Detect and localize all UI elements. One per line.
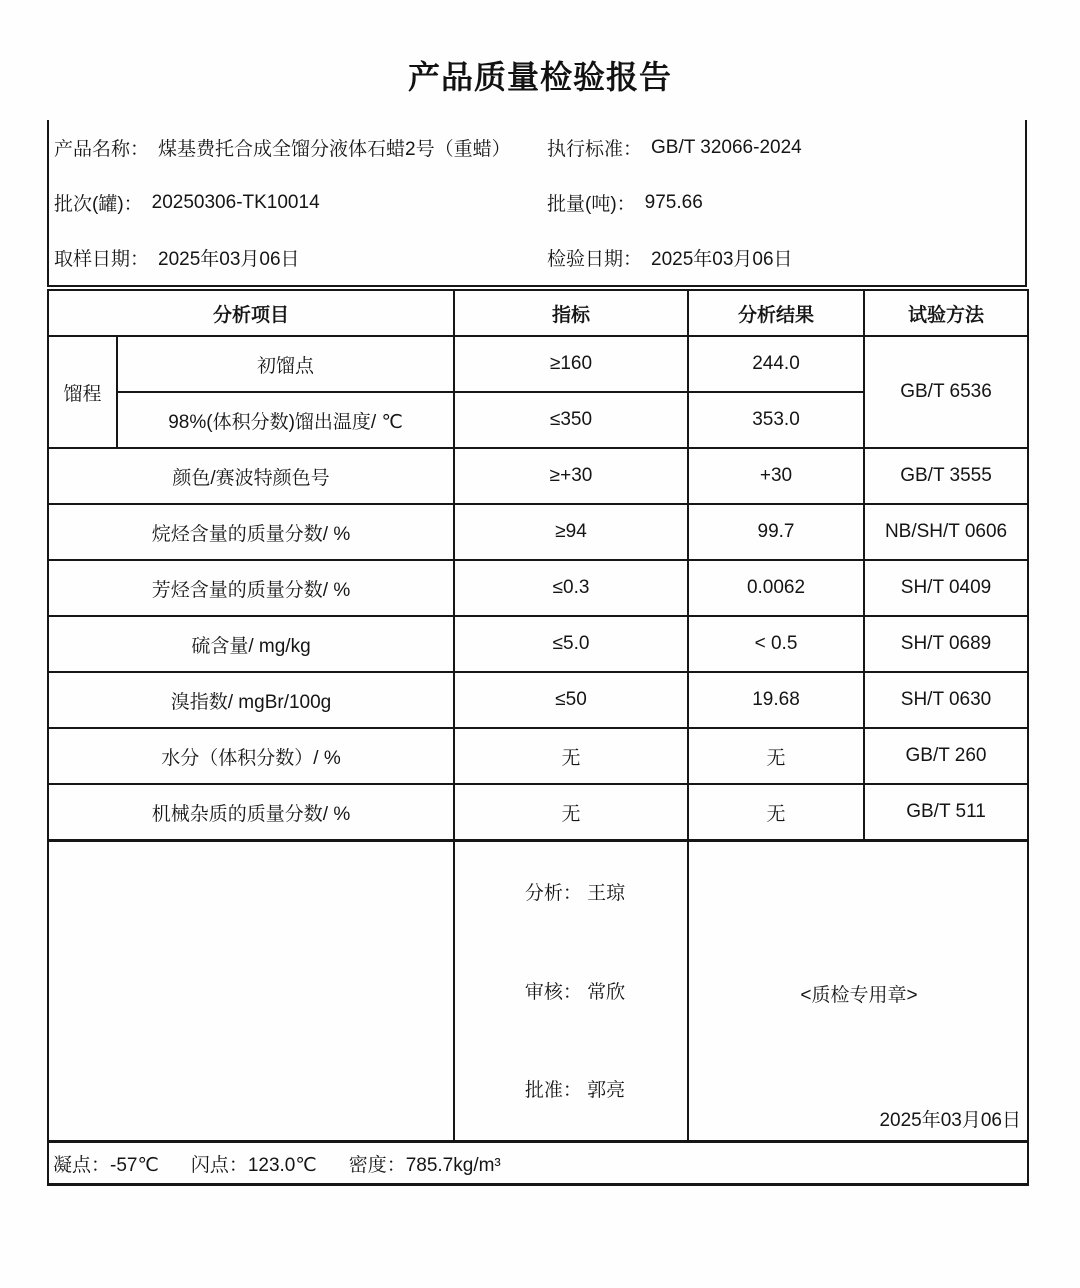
table-row-aromatics: 芳烃含量的质量分数/ % ≤0.3 0.0062 SH/T 0409 — [48, 560, 1028, 616]
spec-value: ≥+30 — [454, 448, 688, 504]
result-value: 19.68 — [688, 672, 864, 728]
table-row-impurities: 机械杂质的质量分数/ % 无 无 GB/T 511 — [48, 784, 1028, 841]
test-method: GB/T 511 — [864, 784, 1028, 841]
table-row-bromine: 溴指数/ mgBr/100g ≤50 19.68 SH/T 0630 — [48, 672, 1028, 728]
info-row-dates: 取样日期： 2025年03月06日 检验日期： 2025年03月06日 — [49, 230, 1025, 285]
analysis-item: 烷烃含量的质量分数/ % — [48, 504, 454, 560]
header-info-section: 产品名称： 煤基费托合成全馏分液体石蜡2号（重蜡） 执行标准： GB/T 320… — [47, 120, 1027, 287]
info-row-batch: 批次(罐)： 20250306-TK10014 批量(吨)： 975.66 — [49, 175, 1025, 230]
batch-label: 批次(罐)： — [54, 189, 143, 216]
density: 密度：785.7kg/m³ — [349, 1150, 501, 1177]
analysis-item: 初馏点 — [117, 336, 454, 392]
spec-value: ≤50 — [454, 672, 688, 728]
result-value: +30 — [688, 448, 864, 504]
sampling-date-field: 取样日期： 2025年03月06日 — [49, 244, 300, 271]
result-value: 99.7 — [688, 504, 864, 560]
report-sheet: 产品名称： 煤基费托合成全馏分液体石蜡2号（重蜡） 执行标准： GB/T 320… — [47, 120, 1027, 1186]
reviewer-signature: 审核： 常欣 — [463, 977, 687, 1004]
column-header-spec: 指标 — [454, 290, 688, 336]
result-value: < 0.5 — [688, 616, 864, 672]
spec-value: 无 — [454, 784, 688, 841]
product-name-label: 产品名称： — [54, 134, 149, 161]
table-row-water: 水分（体积分数）/ % 无 无 GB/T 260 — [48, 728, 1028, 784]
spec-value: ≤5.0 — [454, 616, 688, 672]
sampling-date-label: 取样日期： — [54, 244, 149, 271]
test-method: SH/T 0630 — [864, 672, 1028, 728]
footer-cell: 凝点：-57℃ 闪点：123.0℃ 密度：785.7kg/m³ — [48, 1142, 1028, 1185]
approver-signature: 批准： 郭亮 — [463, 1075, 687, 1102]
column-header-item: 分析项目 — [48, 290, 454, 336]
standard-label: 执行标准： — [547, 134, 642, 161]
standard-value: GB/T 32066-2024 — [651, 137, 802, 159]
inspection-date-label: 检验日期： — [547, 244, 642, 271]
spec-value: ≥94 — [454, 504, 688, 560]
footer-properties: 凝点：-57℃ 闪点：123.0℃ 密度：785.7kg/m³ — [49, 1150, 1027, 1177]
column-header-method: 试验方法 — [864, 290, 1028, 336]
table-row-alkane: 烷烃含量的质量分数/ % ≥94 99.7 NB/SH/T 0606 — [48, 504, 1028, 560]
analysis-item: 溴指数/ mgBr/100g — [48, 672, 454, 728]
spec-value: 无 — [454, 728, 688, 784]
signature-row: 分析： 王琼 审核： 常欣 批准： 郭亮 <质检专用章> 2025年03月06日 — [48, 841, 1028, 1142]
result-value: 353.0 — [688, 392, 864, 448]
spec-value: ≤350 — [454, 392, 688, 448]
analysis-item: 水分（体积分数）/ % — [48, 728, 454, 784]
analysis-item: 芳烃含量的质量分数/ % — [48, 560, 454, 616]
column-header-result: 分析结果 — [688, 290, 864, 336]
page-title: 产品质量检验报告 — [0, 52, 1080, 98]
result-value: 0.0062 — [688, 560, 864, 616]
freezing-point: 凝点：-57℃ — [53, 1150, 159, 1177]
batch-value: 20250306-TK10014 — [152, 192, 320, 214]
footer-row: 凝点：-57℃ 闪点：123.0℃ 密度：785.7kg/m³ — [48, 1142, 1028, 1185]
test-method: SH/T 0689 — [864, 616, 1028, 672]
test-method: SH/T 0409 — [864, 560, 1028, 616]
standard-field: 执行标准： GB/T 32066-2024 — [547, 134, 802, 161]
product-name-value: 煤基费托合成全馏分液体石蜡2号（重蜡） — [158, 134, 511, 161]
analysis-item: 颜色/赛波特颜色号 — [48, 448, 454, 504]
signature-stack: 分析： 王琼 审核： 常欣 批准： 郭亮 — [455, 842, 687, 1140]
table-header-row: 分析项目 指标 分析结果 试验方法 — [48, 290, 1028, 336]
test-method: GB/T 260 — [864, 728, 1028, 784]
info-row-product: 产品名称： 煤基费托合成全馏分液体石蜡2号（重蜡） 执行标准： GB/T 320… — [49, 120, 1025, 175]
analysis-item: 机械杂质的质量分数/ % — [48, 784, 454, 841]
sampling-date-value: 2025年03月06日 — [158, 244, 300, 271]
spec-value: ≤0.3 — [454, 560, 688, 616]
analyst-signature: 分析： 王琼 — [463, 878, 687, 905]
seal-cell: <质检专用章> 2025年03月06日 — [688, 841, 1028, 1142]
result-value: 无 — [688, 728, 864, 784]
quantity-label: 批量(吨)： — [547, 189, 636, 216]
report-page: 产品质量检验报告 产品名称： 煤基费托合成全馏分液体石蜡2号（重蜡） 执行标准：… — [0, 0, 1080, 1288]
signature-names-cell: 分析： 王琼 审核： 常欣 批准： 郭亮 — [454, 841, 688, 1142]
result-value: 无 — [688, 784, 864, 841]
signature-empty-cell — [48, 841, 454, 1142]
analysis-item: 98%(体积分数)馏出温度/ ℃ — [117, 392, 454, 448]
result-value: 244.0 — [688, 336, 864, 392]
analysis-item: 硫含量/ mg/kg — [48, 616, 454, 672]
table-row-sulfur: 硫含量/ mg/kg ≤5.0 < 0.5 SH/T 0689 — [48, 616, 1028, 672]
spec-value: ≥160 — [454, 336, 688, 392]
inspection-date-field: 检验日期： 2025年03月06日 — [547, 244, 793, 271]
quantity-value: 975.66 — [645, 192, 703, 214]
signature-date: 2025年03月06日 — [879, 1105, 1021, 1132]
seal-placeholder: <质检专用章> — [689, 976, 1027, 1007]
test-method: GB/T 6536 — [864, 336, 1028, 448]
product-name-field: 产品名称： 煤基费托合成全馏分液体石蜡2号（重蜡） — [49, 134, 511, 161]
analysis-table: 分析项目 指标 分析结果 试验方法 馏程 初馏点 ≥160 244.0 GB/T… — [47, 289, 1029, 1186]
batch-field: 批次(罐)： 20250306-TK10014 — [49, 189, 320, 216]
quantity-field: 批量(吨)： 975.66 — [547, 189, 703, 216]
group-label-distillation: 馏程 — [48, 336, 117, 448]
flash-point: 闪点：123.0℃ — [191, 1150, 317, 1177]
inspection-date-value: 2025年03月06日 — [651, 244, 793, 271]
test-method: NB/SH/T 0606 — [864, 504, 1028, 560]
table-row-initial-boiling: 馏程 初馏点 ≥160 244.0 GB/T 6536 — [48, 336, 1028, 392]
table-row-color: 颜色/赛波特颜色号 ≥+30 +30 GB/T 3555 — [48, 448, 1028, 504]
test-method: GB/T 3555 — [864, 448, 1028, 504]
